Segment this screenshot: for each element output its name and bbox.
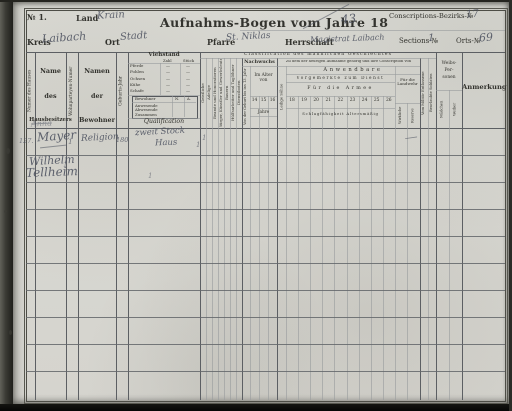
grid-line — [26, 155, 505, 156]
grid-line — [240, 30, 505, 31]
ort-label: Ort — [105, 38, 120, 46]
residents-header-line3: Bewohner — [79, 117, 115, 124]
viehstand-row-label: Schafe — [130, 89, 144, 93]
women-box-header: Weibs- Per- sonen — [436, 60, 462, 81]
grid-line — [286, 96, 395, 97]
land-value: Krain — [97, 9, 125, 21]
orts-number: 69 — [479, 31, 494, 45]
entry-resident: Religion — [81, 132, 119, 144]
schlagfaehigkeit-label: Schlagfähigkeit Altersmäßig — [286, 112, 395, 116]
viehstand-row-label: Pferde — [130, 64, 143, 68]
owner-header-line2: des — [44, 93, 56, 100]
grid-line — [184, 96, 185, 117]
entry-mark: 1 — [68, 137, 73, 146]
bewohner-col-n: N. — [175, 97, 179, 101]
grid-line — [26, 182, 505, 183]
women-col1-header: Mädchen — [436, 91, 449, 127]
grid-line — [334, 96, 335, 400]
bewohner-col-a: A. — [187, 97, 191, 101]
entry-birth-year: 180 — [116, 136, 128, 144]
nachwuchs-title: Nachwuchs — [242, 60, 277, 65]
grid-line — [26, 371, 505, 372]
entry-mark: 1 — [202, 134, 206, 142]
grid-line — [180, 63, 181, 95]
grid-line — [359, 96, 360, 400]
grid-line — [250, 96, 277, 97]
grid-line — [383, 96, 384, 400]
birth-year-column-header: Geburts-Jahr — [116, 58, 128, 124]
grid-line — [128, 52, 129, 400]
grid-line — [26, 290, 505, 291]
viehstand-dash: — — [166, 77, 170, 81]
age-header-line2: von — [260, 78, 268, 83]
year-column-header: 21 — [322, 99, 334, 104]
owner-column-header: Name des Hausbesitzers — [35, 68, 66, 124]
grid-line — [462, 52, 463, 400]
classification-title: Classification des männlichen Geschlecht… — [200, 53, 436, 58]
age-column-header: 14 — [250, 99, 259, 104]
entry-mark: 1 — [148, 172, 152, 180]
residents-header-line1: Namen — [84, 68, 109, 75]
women-col2-header: Weiber — [449, 91, 462, 127]
viehstand-dash: — — [166, 89, 170, 93]
grid-line — [26, 263, 505, 264]
ort-value: Stadt — [120, 30, 148, 43]
year-column-header: 22 — [334, 99, 346, 104]
viehstand-row-label: Fohlen — [130, 70, 144, 74]
year-column-header: 19 — [298, 99, 310, 104]
owner-header-line1: Name — [40, 68, 61, 75]
viehstand-dash: — — [186, 89, 190, 93]
grid-line — [26, 317, 505, 318]
age-column-header: 15 — [259, 99, 268, 104]
party-number-column-header: Wohnparteyen-Numer — [66, 56, 78, 126]
grid-line — [172, 96, 173, 117]
bewohner-row-label: Zusammen — [135, 113, 157, 117]
women-header-line3: sonen — [442, 75, 455, 80]
bewohner-box-title: Bewohner — [135, 97, 156, 101]
sheet-number: № 1. — [27, 13, 47, 21]
nachwuchs-jahre-label: Jahre — [250, 110, 277, 114]
grid-line — [26, 128, 505, 129]
viehstand-row-label: Kühe — [130, 83, 140, 87]
year-column-header: 23 — [347, 99, 359, 104]
viehstand-row-label: Ochsen — [130, 77, 145, 81]
scan-edge-top — [0, 0, 512, 2]
scanned-census-form: № 1. Land Krain Aufnahms-Bogen vom Jahre… — [0, 0, 512, 411]
land-label: Land — [76, 14, 98, 22]
grid-line — [268, 96, 269, 400]
nachwuchs-under14-header: Von der Geburt bis ins 13. Jahr — [242, 67, 250, 127]
dust-speck — [6, 148, 10, 154]
house-number-column-header: Numer des Hauses — [26, 58, 35, 124]
grid-line — [286, 66, 287, 400]
landwehr-header: Für die Landwehr — [395, 78, 420, 86]
grid-line — [310, 96, 311, 400]
landwehr-col1-header: Wirkliche — [395, 104, 407, 127]
viehstand-dash: — — [166, 83, 170, 87]
age-column-header: 16 — [268, 99, 277, 104]
grid-line — [298, 96, 299, 400]
dust-speck — [9, 330, 12, 335]
viehstand-dash: — — [186, 77, 190, 81]
residents-header-line2: der — [91, 93, 103, 100]
grid-line — [322, 96, 323, 400]
entry-owner-name-2b: Tellheim — [26, 164, 78, 180]
scan-edge-bottom — [0, 404, 512, 411]
orts-label: Orts-№ — [456, 38, 480, 45]
viehstand-dash: — — [186, 83, 190, 87]
viehstand-dash: — — [166, 70, 170, 74]
entry-mark: 1 — [63, 161, 67, 169]
grid-line — [286, 82, 395, 83]
viehstand-zahl-header: Zahl — [163, 59, 172, 63]
furloughed-column-header: Beurlaubte Soldaten — [428, 59, 436, 127]
year-column-header: 24 — [359, 99, 371, 104]
viehstand-dash: — — [166, 64, 170, 68]
year-column-header: 18 — [286, 99, 298, 104]
viehstand-dash: — — [186, 70, 190, 74]
residents-column-header: Namen der Bewohner — [78, 68, 116, 124]
grid-line — [407, 103, 408, 400]
entry-mark: 1 — [196, 141, 200, 149]
entry-dash-mark: ― — [404, 129, 418, 145]
year-column-header: 20 — [310, 99, 322, 104]
crossed-out-entry: Anna — [31, 118, 52, 128]
vorgemerkte-header: Vorgemerkte zum Dienst — [286, 76, 395, 80]
women-header-line2: Per- — [445, 68, 454, 73]
grid-line — [160, 63, 161, 95]
ledige-soehne-header: Ledige Söhne — [277, 67, 286, 127]
qualification-header: Qualification — [128, 119, 200, 126]
year-column-header: 25 — [371, 99, 383, 104]
fuer-die-armee-header: Für die Armee — [286, 86, 395, 91]
grid-line — [259, 96, 260, 400]
landwehr-line2: Landwehr — [397, 81, 417, 86]
landwehr-col2-header: Reserve — [407, 104, 420, 127]
conscription-number: 17 — [466, 8, 480, 20]
entry-qualification-line2: Haus — [155, 138, 178, 149]
dust-speck — [4, 210, 7, 213]
conscription-box-top-line: Zu dem der heurigen Aufnahme gehörig und… — [277, 60, 420, 64]
grid-line — [26, 236, 505, 237]
scan-edge-left — [0, 0, 13, 411]
section-number: 1 — [428, 33, 434, 44]
year-value: 43 — [340, 11, 357, 27]
women-header-line1: Weibs- — [442, 61, 457, 66]
remark-column-header: Anmerkung — [462, 84, 505, 91]
grid-line — [347, 96, 348, 400]
grid-line — [371, 96, 372, 400]
grid-line — [250, 116, 277, 117]
discharged-column-header: Vom Militär Entlassene — [420, 59, 428, 127]
conscription-label: Conscriptions-Bezirks-№ — [389, 13, 473, 20]
grid-line — [26, 209, 505, 210]
grid-line — [449, 90, 450, 400]
grid-line — [286, 108, 395, 109]
classification-column-label: Hülfsarbeiter und Taglöhner — [230, 59, 236, 127]
anwendbare-header: Anwendbare — [286, 68, 420, 73]
viehstand-stueck-header: Stück — [183, 59, 194, 63]
grid-line — [26, 344, 505, 345]
viehstand-dash: — — [186, 64, 190, 68]
year-column-header: 26 — [383, 99, 395, 104]
entry-house-number: 127. — [19, 137, 33, 145]
nachwuchs-age-header: Im Alter von — [250, 74, 277, 83]
